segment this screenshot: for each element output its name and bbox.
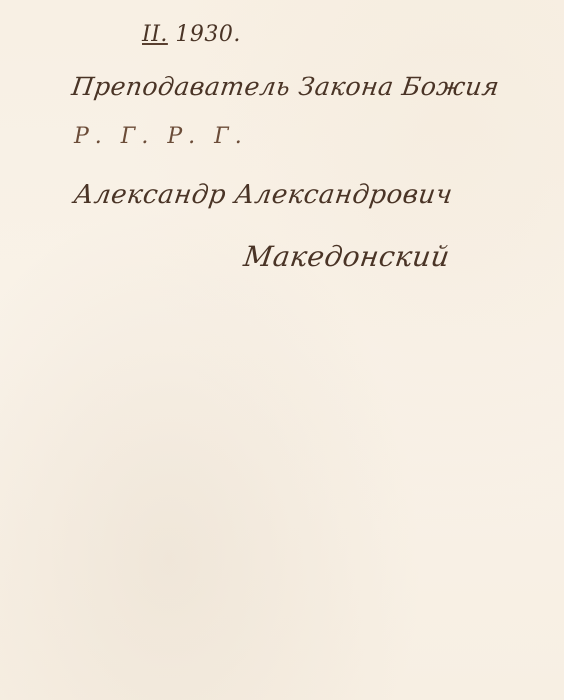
date-month-roman: II. <box>142 22 168 47</box>
given-name-patronymic: Александр Александрович <box>72 180 455 210</box>
title-line: Преподаватель Закона Божия <box>70 72 501 101</box>
surname-signature: Македонский <box>242 240 452 273</box>
handwritten-page: II. 1930. Преподаватель Закона Божия Р. … <box>0 0 564 700</box>
date-year: 1930. <box>168 22 241 47</box>
abbreviation-line: Р. Г. Р. Г. <box>74 124 248 149</box>
date-line: II. 1930. <box>142 22 241 47</box>
